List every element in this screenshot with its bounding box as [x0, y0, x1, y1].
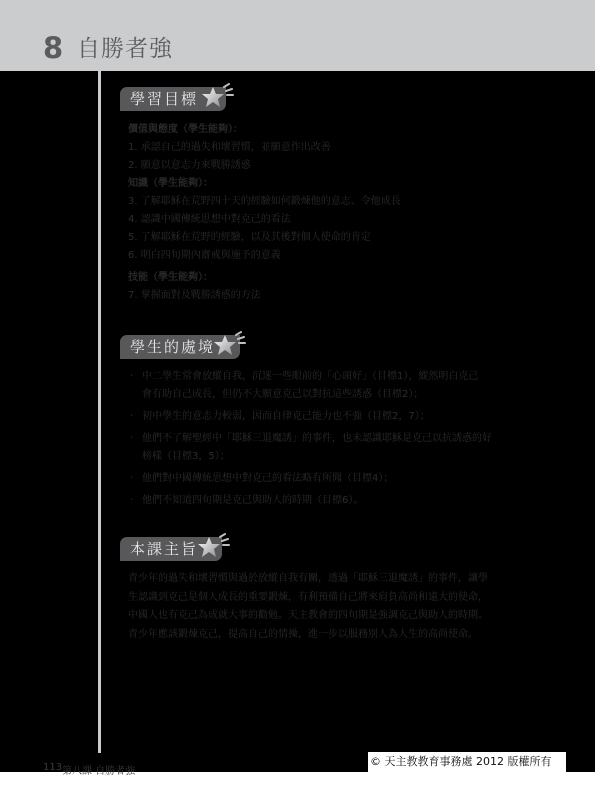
objective-item: 4. 認識中國傳統思想中對克己的看法 — [128, 211, 401, 229]
copyright-notice: © 天主教教育事務處 2012 版權所有 — [368, 752, 566, 772]
bullet-dot: · — [130, 368, 133, 386]
page-number: 113 — [43, 762, 62, 773]
objective-item: 5. 了解耶穌在荒野的經驗，以及其後對個人使命的肯定 — [128, 229, 401, 247]
section-title-label: 學習目標 — [130, 90, 198, 108]
star-icon — [196, 533, 230, 563]
page-body: 學習目標 價值與態度（學生能夠）： 1. 承認自己的過失和壞習慣，並願意作出改善… — [0, 71, 595, 772]
chapter-title: 自勝者強 — [77, 35, 173, 63]
objectives-group-heading: 技能（學生能夠）： — [128, 269, 401, 287]
objectives-group-heading: 價值與態度（學生能夠）： — [128, 121, 401, 139]
bullet-dot: · — [130, 492, 133, 510]
page-header: 8 自勝者強 — [0, 0, 595, 71]
bullet-dot: · — [130, 470, 133, 488]
bullet-dot: · — [130, 430, 133, 448]
list-item: · 初中學生的意志力較弱，因而自律克己能力也不強（目標2，7）； — [128, 408, 548, 426]
margin-rule — [98, 71, 101, 753]
situation-list: · 中二學生常會放縱自我，沉迷一些眼前的「心頭好」（目標1），縱然明白克己 會有… — [128, 368, 548, 514]
objective-item: 1. 承認自己的過失和壞習慣，並願意作出改善 — [128, 139, 401, 157]
section-title-label: 本課主旨 — [130, 540, 198, 558]
footer-chapter-label: 第八課 自勝者強 — [62, 762, 135, 777]
theme-paragraph: 青少年的過失和壞習慣與過於放縱自我有關，透過「耶穌三退魔誘」的事件，讓學 生認識… — [128, 570, 543, 644]
bullet-dot: · — [130, 408, 133, 426]
list-item: · 他們對中國傳統思想中對克己的看法略有所聞（目標4）； — [128, 470, 548, 488]
objectives-content: 價值與態度（學生能夠）： 1. 承認自己的過失和壞習慣，並願意作出改善 2. 願… — [128, 121, 401, 305]
section-title-situation: 學生的處境 — [120, 335, 240, 359]
section-title-theme: 本課主旨 — [120, 537, 222, 561]
list-item: · 他們不了解聖經中「耶穌三退魔誘」的事件，也未認識耶穌是克己以抗誘惑的好 榜樣… — [128, 430, 548, 466]
objective-item: 3. 了解耶穌在荒野四十天的經驗如何鍛煉他的意志、令他成長 — [128, 193, 401, 211]
star-icon — [200, 83, 234, 113]
chapter-number: 8 — [43, 33, 63, 63]
star-icon — [212, 331, 246, 361]
objective-item: 2. 願意以意志力來戰勝誘惑 — [128, 157, 401, 175]
list-item: · 中二學生常會放縱自我，沉迷一些眼前的「心頭好」（目標1），縱然明白克己 會有… — [128, 368, 548, 404]
section-title-label: 學生的處境 — [130, 338, 215, 356]
objectives-group-heading: 知識（學生能夠）： — [128, 175, 401, 193]
list-item: · 他們不知道四旬期是克己與助人的時期（目標6）。 — [128, 492, 548, 510]
section-title-objectives: 學習目標 — [120, 87, 226, 111]
objective-item: 6. 明白四旬期內齋戒與施予的意義 — [128, 247, 401, 265]
objective-item: 7. 掌握面對及戰勝誘惑的方法 — [128, 287, 401, 305]
